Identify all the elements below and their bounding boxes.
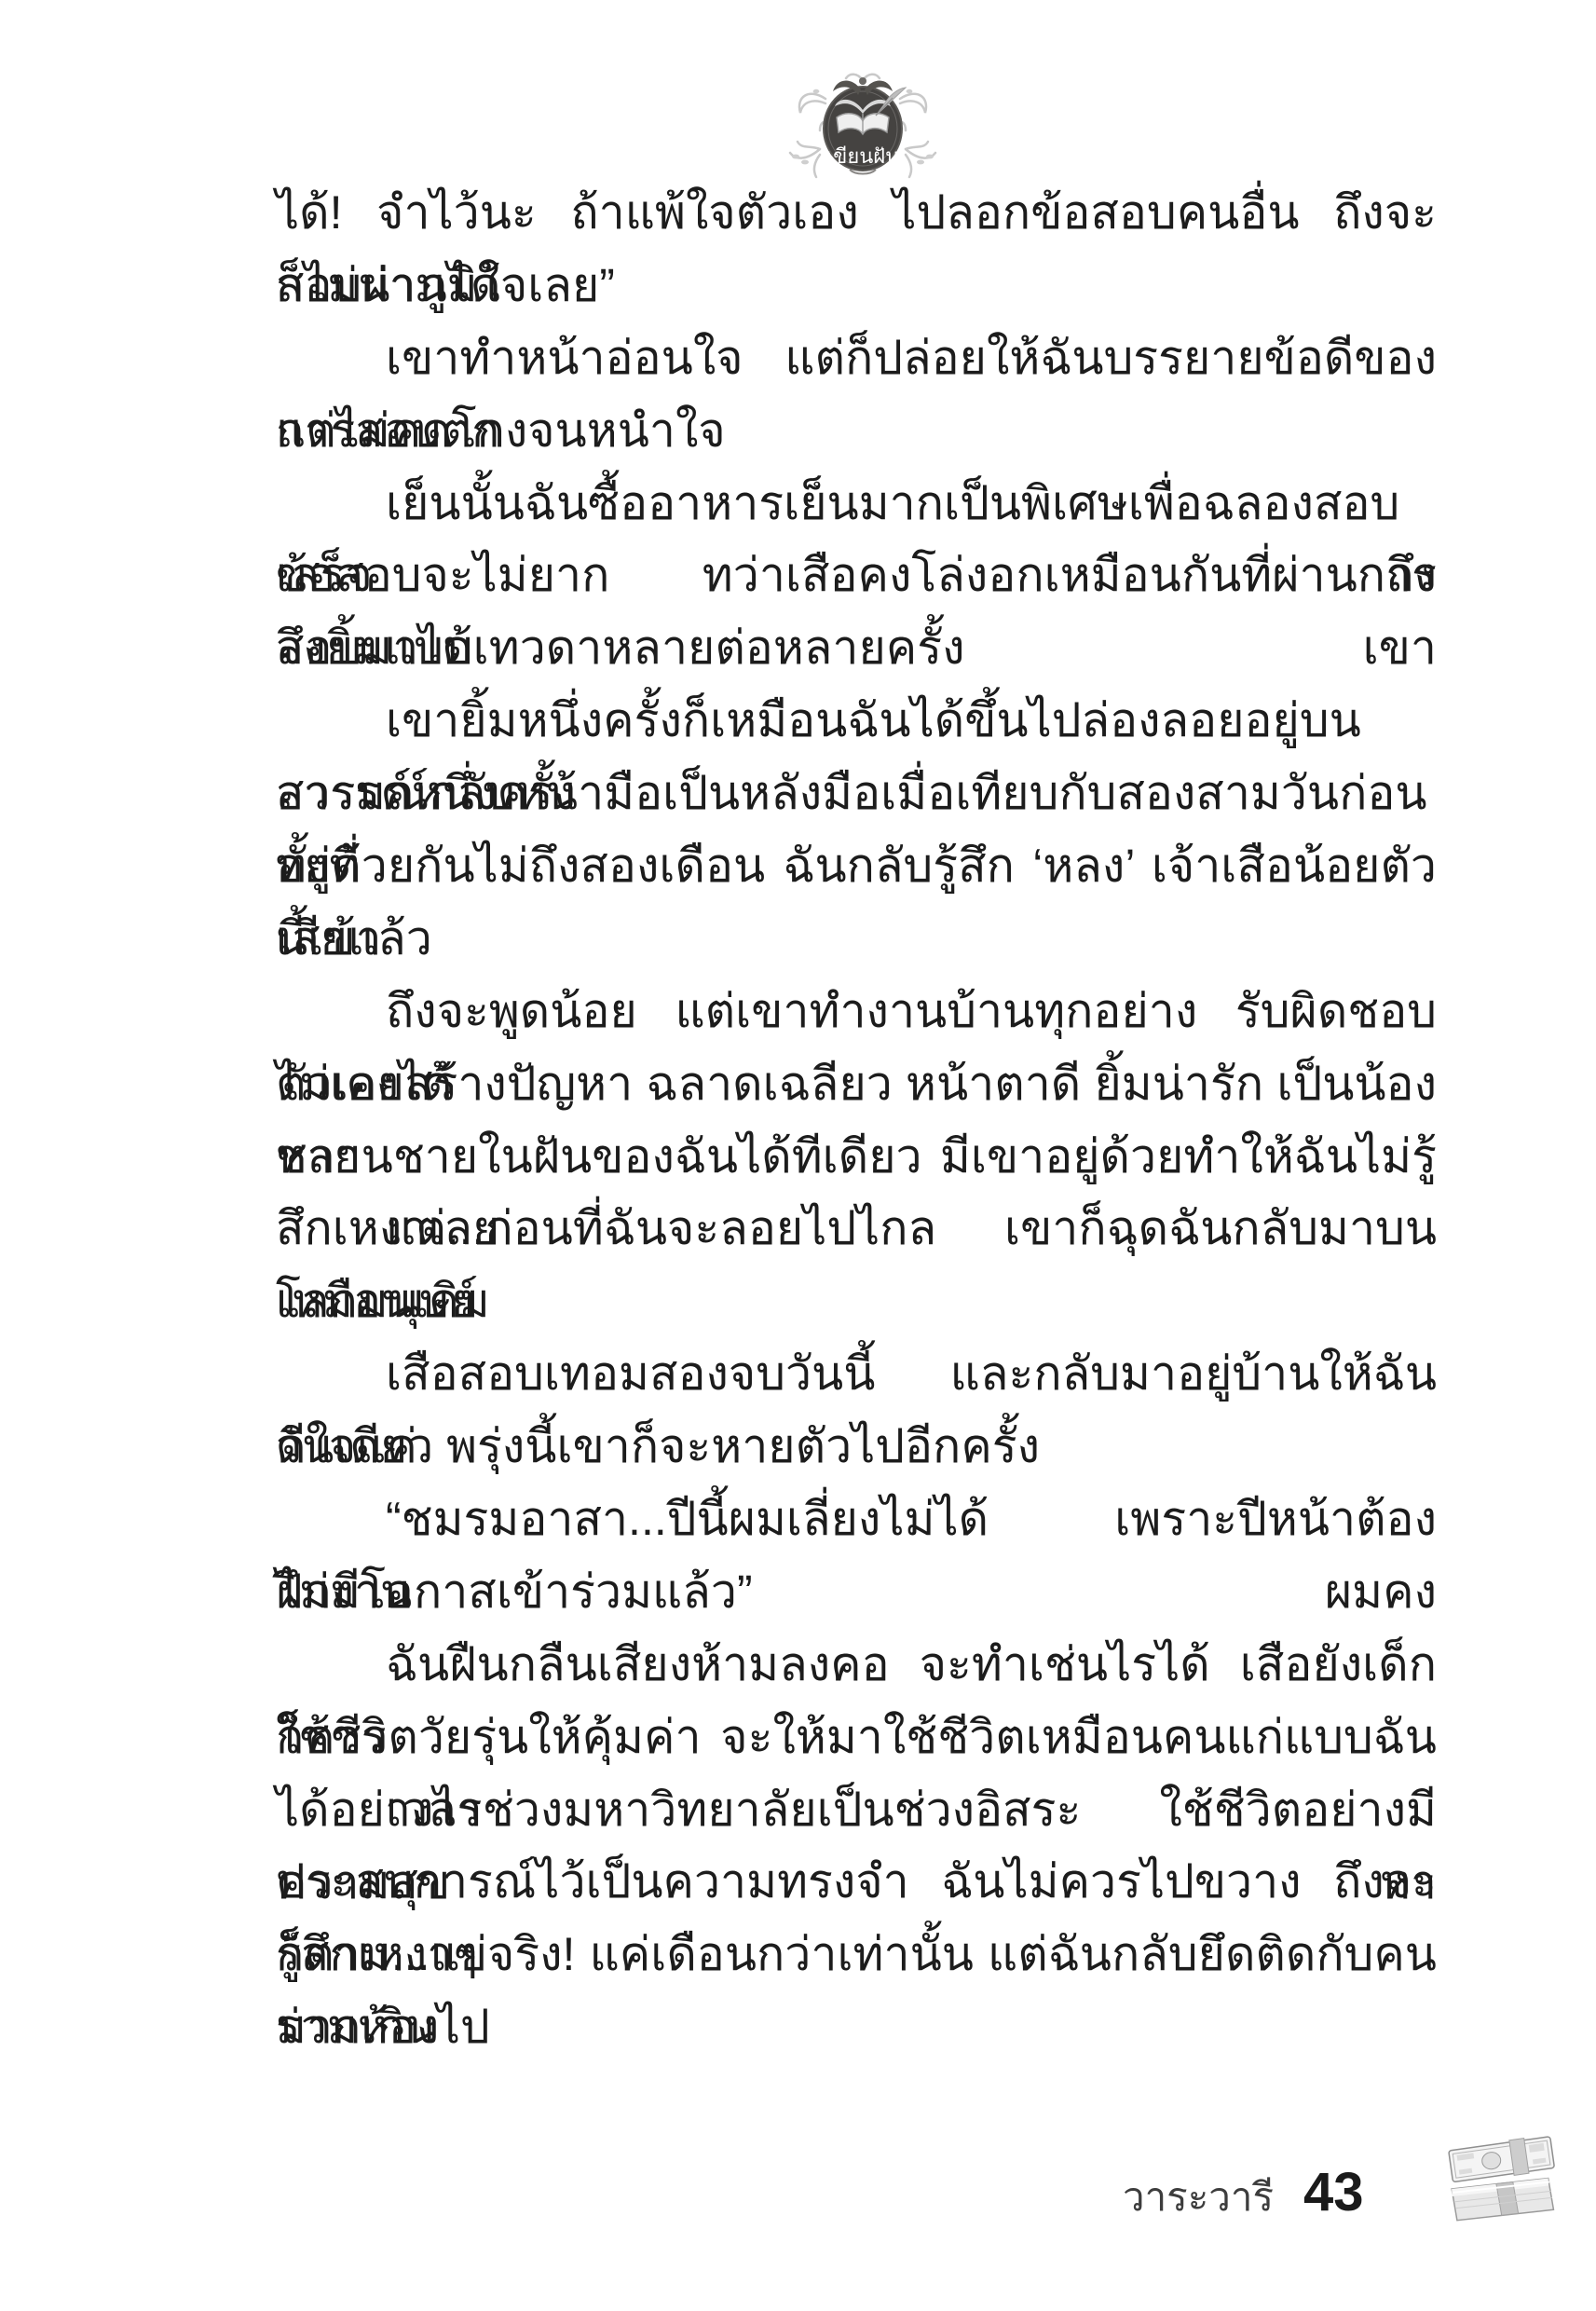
body-line: ใช้ชีวิตวัยรุ่นให้คุ้มค่า จะให้มาใช้ชีวิ…	[276, 1702, 1437, 1774]
money-stack-icon	[1439, 2130, 1570, 2235]
body-line: ข้อสอบจะไม่ยาก ทว่าเสือคงโล่งอกเหมือนกัน…	[276, 540, 1437, 612]
body-line: “ชมรมอาสา...ปีนี้ผมเลี่ยงไม่ได้ เพราะปีห…	[276, 1484, 1437, 1556]
body-line: อยู่ด้วยกันไม่ถึงสองเดือน ฉันกลับรู้สึก …	[276, 830, 1437, 903]
body-line: มากเกินไป	[276, 1991, 1437, 2064]
body-line: ประสบการณ์ไว้เป็นความทรงจำ ฉันไม่ควรไปขว…	[276, 1846, 1437, 1919]
body-line: เสียแล้ว	[276, 903, 1437, 976]
body-line: เขาทำหน้าอ่อนใจ แต่ก็ปล่อยให้ฉันบรรยายข้…	[276, 322, 1437, 395]
body-line: หลานชายในฝันของฉันได้ทีเดียว มีเขาอยู่ด้…	[276, 1121, 1437, 1194]
body-line: อารมณ์กลับหน้ามือเป็นหลังมือเมื่อเทียบกั…	[276, 758, 1437, 830]
body-line: เขายิ้มหนึ่งครั้งก็เหมือนฉันได้ขึ้นไปล่อ…	[276, 685, 1437, 758]
body-line: เย็นนั้นฉันซื้ออาหารเย็นมากเป็นพิเศษเพื่…	[276, 468, 1437, 540]
book-page: เขียนฝัน ได้! จำไว้นะ ถ้าแพ้ใจตัวเอง ไปล…	[0, 0, 1596, 2311]
body-line: แต่...ก่อนที่ฉันจะลอยไปไกล เขาก็ฉุดฉันกล…	[276, 1193, 1437, 1265]
body-line: ได้! จำไว้นะ ถ้าแพ้ใจตัวเอง ไปลอกข้อสอบค…	[276, 177, 1437, 250]
body-line: วันเดียว พรุ่งนี้เขาก็จะหายตัวไปอีกครั้ง	[276, 1411, 1437, 1484]
body-line: ก็ไม่น่าภูมิใจเลย”	[276, 250, 1437, 322]
publisher-logo-text: เขียนฝัน	[826, 144, 899, 168]
body-line: แต่ไม่คดโกงจนหนำใจ	[276, 395, 1437, 468]
page-footer: วาระวารี 43	[1123, 2160, 1364, 2225]
page-body: ได้! จำไว้นะ ถ้าแพ้ใจตัวเอง ไปลอกข้อสอบค…	[276, 177, 1437, 2064]
body-line: ก็ตาม...แย่จริง! แค่เดือนกว่าเท่านั้น แต…	[276, 1919, 1437, 1991]
body-line: เวลาช่วงมหาวิทยาลัยเป็นช่วงอิสระ ใช้ชีวิ…	[276, 1774, 1437, 1847]
publisher-logo: เขียนฝัน	[788, 69, 937, 181]
body-line: ฉันฝืนกลืนเสียงห้ามลงคอ จะทำเช่นไรได้ เส…	[276, 1629, 1437, 1702]
publisher-emblem-icon: เขียนฝัน	[788, 69, 937, 181]
body-line: เหมือนเดิม	[276, 1265, 1437, 1338]
body-line: ถึงจะพูดน้อย แต่เขาทำงานบ้านทุกอย่าง รับ…	[276, 976, 1437, 1048]
book-title: วาระวารี	[1123, 2165, 1274, 2230]
page-number: 43	[1303, 2160, 1364, 2225]
body-line: ไม่เคยสร้างปัญหา ฉลาดเฉลียว หน้าตาดี ยิ้…	[276, 1048, 1437, 1121]
body-line: เสือสอบเทอมสองจบวันนี้ และกลับมาอยู่บ้าน…	[276, 1338, 1437, 1411]
